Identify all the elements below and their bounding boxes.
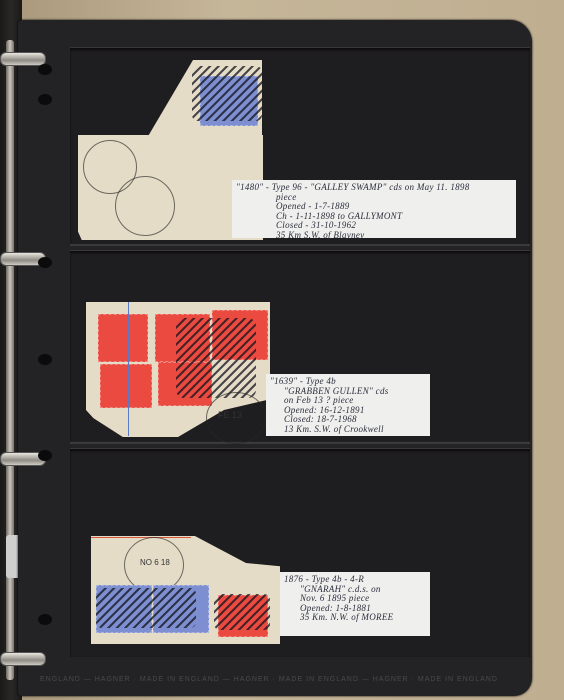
numeral-cancel <box>176 318 256 398</box>
strip-divider <box>70 244 530 246</box>
note-line: 13 Km. S.W. of Crookwell <box>270 425 426 435</box>
punch-hole <box>38 94 52 105</box>
cds-cancel <box>115 176 175 236</box>
punch-hole <box>38 450 52 461</box>
description-card: 1876 - Type 4b - 4-R "GNARAH" c.d.s. on … <box>280 572 430 636</box>
punch-hole <box>38 354 52 365</box>
blue-pencil-line <box>128 302 129 436</box>
punch-hole <box>38 257 52 268</box>
cancel-date: FE 13 <box>218 410 242 420</box>
binder-rail <box>6 40 14 680</box>
numeral-cancel <box>192 66 262 121</box>
punch-hole <box>38 64 52 75</box>
punch-hole <box>38 614 52 625</box>
binder-ring-4 <box>0 652 46 666</box>
description-card: "1639" - Type 4b "GRABBEN GULLEN" cds on… <box>266 374 430 436</box>
note-line: 35 Km. N.W. of MOREE <box>284 613 426 623</box>
red-crayon-line <box>91 537 191 538</box>
stamp-red <box>100 364 152 408</box>
description-card: "1480" - Type 96 - "GALLEY SWAMP" cds on… <box>232 180 516 238</box>
binder-ring-1 <box>0 52 46 66</box>
stamp-red <box>98 314 148 362</box>
strip-divider <box>70 442 530 444</box>
sheet-imprint: ENGLAND — HAGNER · MADE IN ENGLAND — HAG… <box>40 676 530 683</box>
numeral-cancel <box>214 594 270 630</box>
numeral-cancel <box>96 588 196 628</box>
cancel-date: NO 6 18 <box>140 558 170 567</box>
note-line: 35 Km S.W. of Blayney <box>236 231 512 241</box>
